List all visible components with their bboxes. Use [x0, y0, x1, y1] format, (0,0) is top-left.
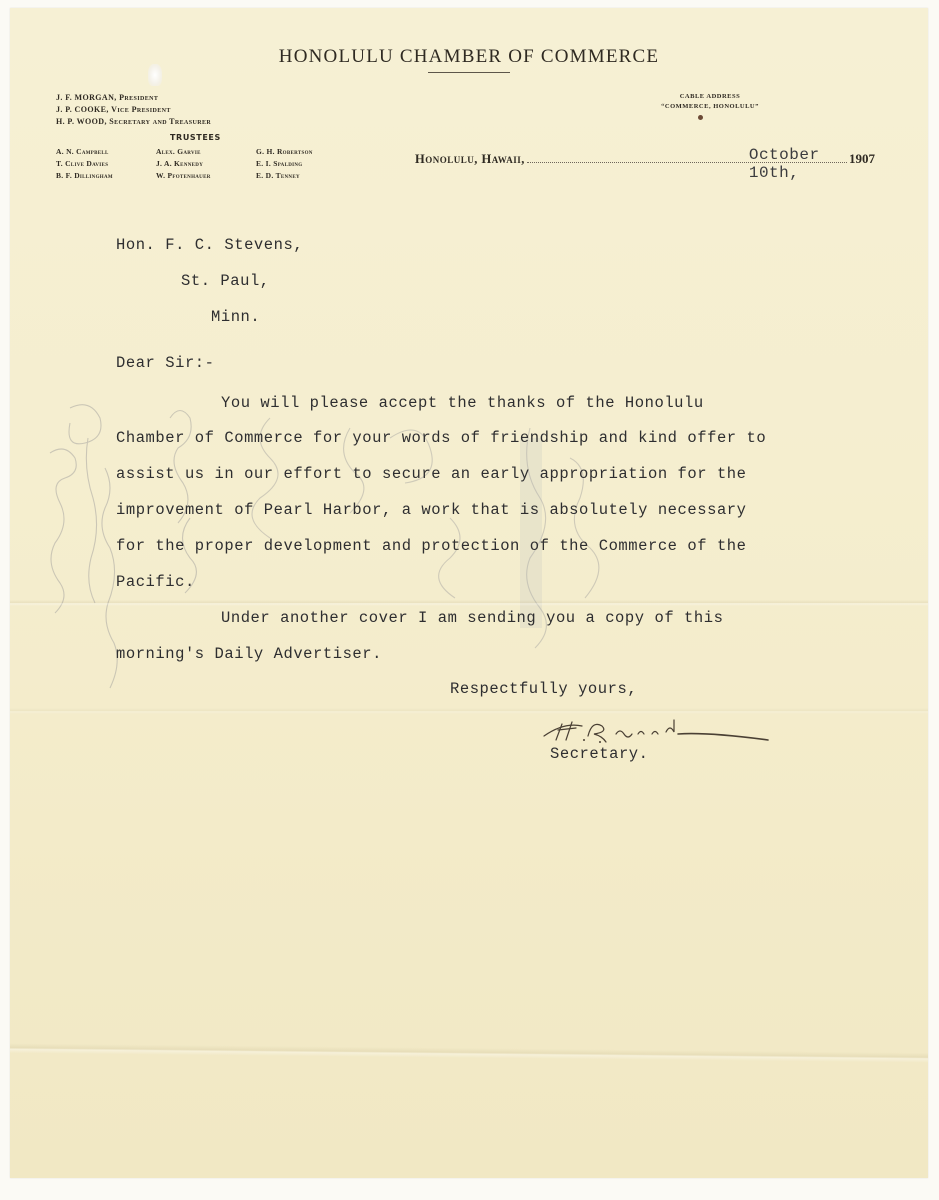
trustee: J. A. Kennedy [156, 159, 256, 169]
officer-vice-president: J. P. COOKE, Vice President [56, 104, 211, 116]
body-line: Pacific. [116, 573, 195, 591]
body-line: for the proper development and protectio… [116, 537, 747, 555]
trustee: E. D. Tenney [256, 171, 366, 181]
body-line: assist us in our effort to secure an ear… [116, 465, 747, 483]
paper-fold-line [10, 708, 928, 714]
paper-crease [10, 1043, 928, 1063]
cable-address: “COMMERCE, HONOLULU” [630, 102, 790, 112]
recipient-name: Hon. F. C. Stevens, [116, 236, 303, 254]
organization-title: HONOLULU CHAMBER OF COMMERCE [10, 46, 928, 68]
body-line: You will please accept the thanks of the… [221, 394, 704, 412]
body-line: improvement of Pearl Harbor, a work that… [116, 501, 747, 519]
trustee: A. N. Campbell [56, 147, 156, 157]
trustee: E. I. Spalding [256, 159, 366, 169]
body-line: morning's Daily Advertiser. [116, 645, 382, 663]
signer-title: Secretary. [550, 745, 649, 763]
paper-fold-line [10, 600, 928, 606]
trustees-heading: TRUSTEES [170, 133, 221, 142]
recipient-city: St. Paul, [181, 272, 270, 290]
date-fill-line: October 10th, [527, 150, 847, 163]
ink-dot [698, 115, 703, 120]
closing: Respectfully yours, [450, 680, 637, 698]
dateline: Honolulu, Hawaii, October 10th, 1907 [415, 150, 875, 170]
trustee: G. H. Robertson [256, 147, 366, 157]
salutation: Dear Sir:- [116, 354, 215, 372]
body-line: Chamber of Commerce for your words of fr… [116, 429, 766, 447]
officer-president: J. F. MORGAN, President [56, 92, 211, 104]
officer-secretary-treasurer: H. P. WOOD, Secretary and Treasurer [56, 116, 211, 128]
trustees-list: A. N. Campbell Alex. Garvie G. H. Robert… [56, 147, 366, 181]
trustee: T. Clive Davies [56, 159, 156, 169]
recipient-state: Minn. [211, 308, 260, 326]
letter-page: HONOLULU CHAMBER OF COMMERCE J. F. MORGA… [10, 8, 928, 1178]
officers-list: J. F. MORGAN, President J. P. COOKE, Vic… [56, 92, 211, 128]
body-line: Under another cover I am sending you a c… [221, 609, 723, 627]
cable-address-label: CABLE ADDRESS [630, 92, 790, 102]
title-underline [428, 72, 510, 73]
cable-address-block: CABLE ADDRESS “COMMERCE, HONOLULU” [630, 92, 790, 112]
trustee: Alex. Garvie [156, 147, 256, 157]
handwritten-signature [540, 716, 780, 746]
trustee: W. Pfotenhauer [156, 171, 256, 181]
trustee: B. F. Dillingham [56, 171, 156, 181]
letter-date: October 10th, [749, 146, 847, 182]
bleed-through-marks [30, 398, 230, 728]
dateline-year: 1907 [849, 151, 875, 167]
dateline-place: Honolulu, Hawaii, [415, 152, 525, 167]
